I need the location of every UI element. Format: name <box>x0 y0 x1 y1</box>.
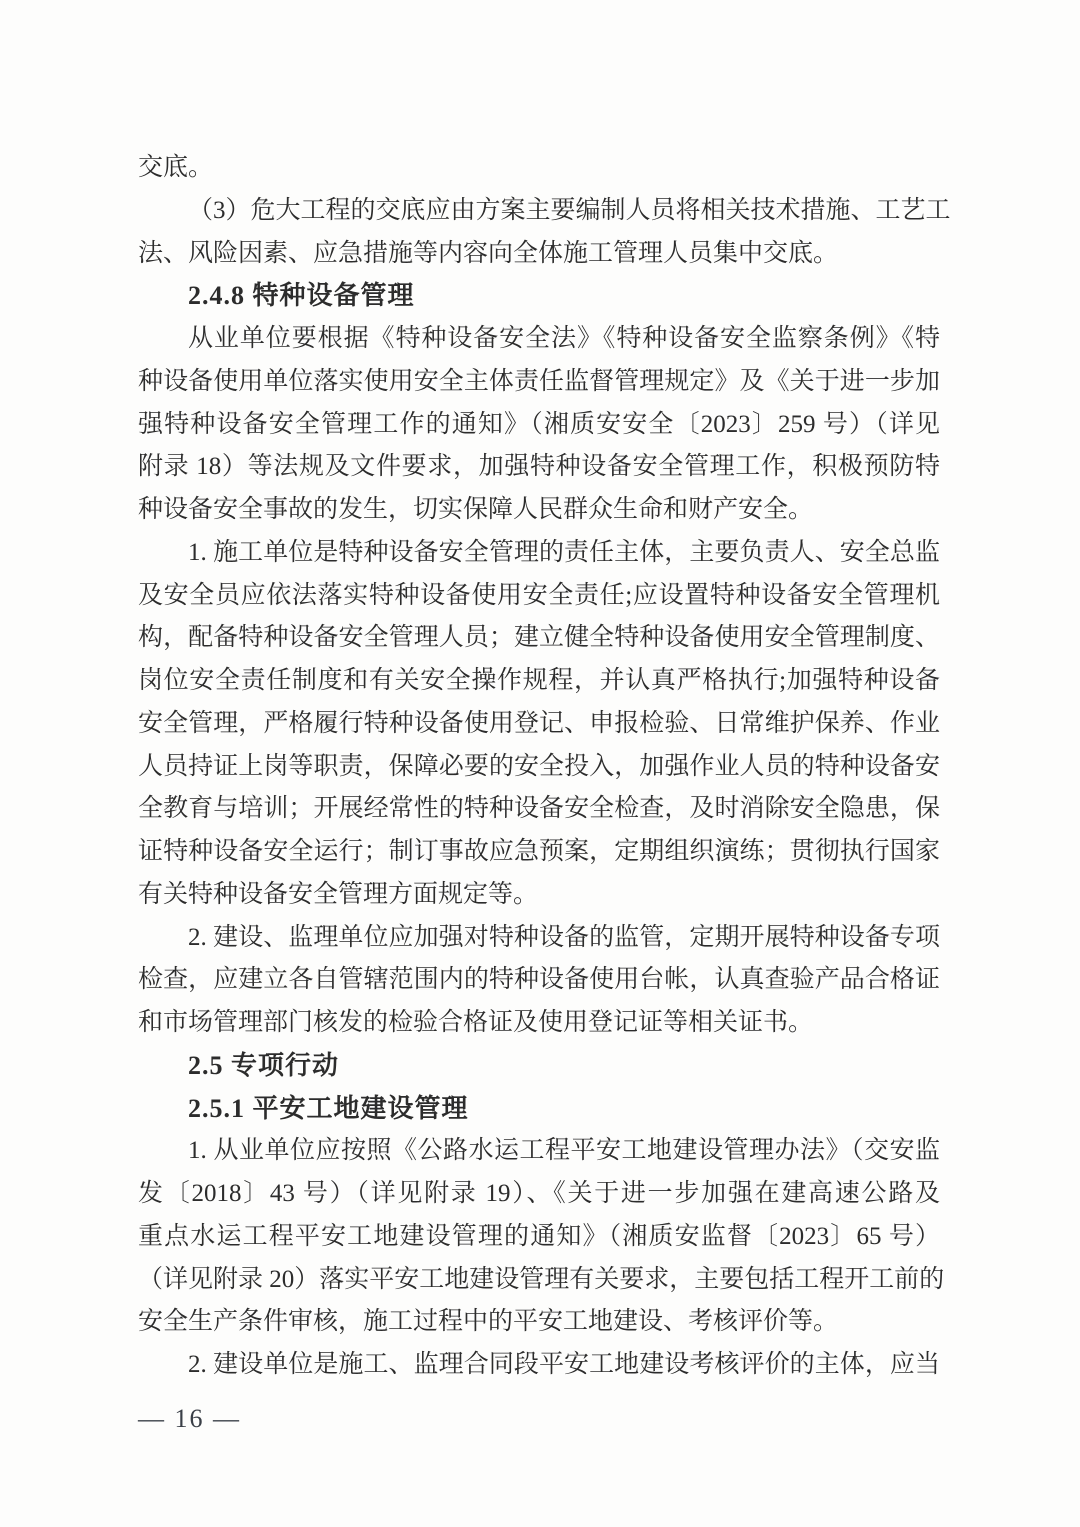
text-line: 人员持证上岗等职责，保障必要的安全投入，加强作业人员的特种设备安 <box>138 746 940 789</box>
text-line: 安全管理，严格履行特种设备使用登记、申报检验、日常维护保养、作业 <box>138 703 940 746</box>
text-line: 交底。 <box>138 147 940 190</box>
text-line: 证特种设备安全运行；制订事故应急预案，定期组织演练；贯彻执行国家 <box>138 831 940 874</box>
section-heading: 2.5 专项行动 <box>138 1045 940 1088</box>
text-line: 种设备安全事故的发生，切实保障人民群众生命和财产安全。 <box>138 489 940 532</box>
text-line: 检查，应建立各自管辖范围内的特种设备使用台帐，认真查验产品合格证 <box>138 959 940 1002</box>
section-heading: 2.4.8 特种设备管理 <box>138 275 940 318</box>
text-line: 有关特种设备安全管理方面规定等。 <box>138 874 940 917</box>
text-line: 全教育与培训；开展经常性的特种设备安全检查，及时消除安全隐患，保 <box>138 788 940 831</box>
text-line: （详见附录 20）落实平安工地建设管理有关要求，主要包括工程开工前的 <box>138 1259 940 1302</box>
text-line: 从业单位要根据《特种设备安全法》《特种设备安全监察条例》《特 <box>138 318 940 361</box>
text-line: 2. 建设单位是施工、监理合同段平安工地建设考核评价的主体，应当 <box>138 1344 940 1387</box>
text-line: 1. 施工单位是特种设备安全管理的责任主体，主要负责人、安全总监 <box>138 532 940 575</box>
document-page: 交底。（3）危大工程的交底应由方案主要编制人员将相关技术措施、工艺工法、风险因素… <box>0 0 1080 1527</box>
text-line: 重点水运工程平安工地建设管理的通知》（湘质安监督〔2023〕65 号） <box>138 1216 940 1259</box>
text-line: 发〔2018〕43 号）（详见附录 19）、《关于进一步加强在建高速公路及 <box>138 1173 940 1216</box>
text-line: 强特种设备安全管理工作的通知》（湘质安安全〔2023〕259 号）（详见 <box>138 404 940 447</box>
section-heading: 2.5.1 平安工地建设管理 <box>138 1088 940 1131</box>
text-line: 种设备使用单位落实使用安全主体责任监督管理规定》及《关于进一步加 <box>138 361 940 404</box>
text-line: 1. 从业单位应按照《公路水运工程平安工地建设管理办法》（交安监 <box>138 1130 940 1173</box>
page-footer: — 16 — <box>138 1404 241 1434</box>
text-line: （3）危大工程的交底应由方案主要编制人员将相关技术措施、工艺工 <box>138 190 940 233</box>
text-line: 附录 18）等法规及文件要求，加强特种设备安全管理工作，积极预防特 <box>138 446 940 489</box>
text-line: 和市场管理部门核发的检验合格证及使用登记证等相关证书。 <box>138 1002 940 1045</box>
text-line: 安全生产条件审核，施工过程中的平安工地建设、考核评价等。 <box>138 1301 940 1344</box>
text-line: 岗位安全责任制度和有关安全操作规程，并认真严格执行;加强特种设备 <box>138 660 940 703</box>
text-line: 2. 建设、监理单位应加强对特种设备的监管，定期开展特种设备专项 <box>138 917 940 960</box>
text-line: 构，配备特种设备安全管理人员；建立健全特种设备使用安全管理制度、 <box>138 617 940 660</box>
document-text: 交底。（3）危大工程的交底应由方案主要编制人员将相关技术措施、工艺工法、风险因素… <box>138 147 940 1387</box>
text-line: 法、风险因素、应急措施等内容向全体施工管理人员集中交底。 <box>138 233 940 276</box>
text-line: 及安全员应依法落实特种设备使用安全责任;应设置特种设备安全管理机 <box>138 575 940 618</box>
page-number: — 16 — <box>138 1404 241 1433</box>
